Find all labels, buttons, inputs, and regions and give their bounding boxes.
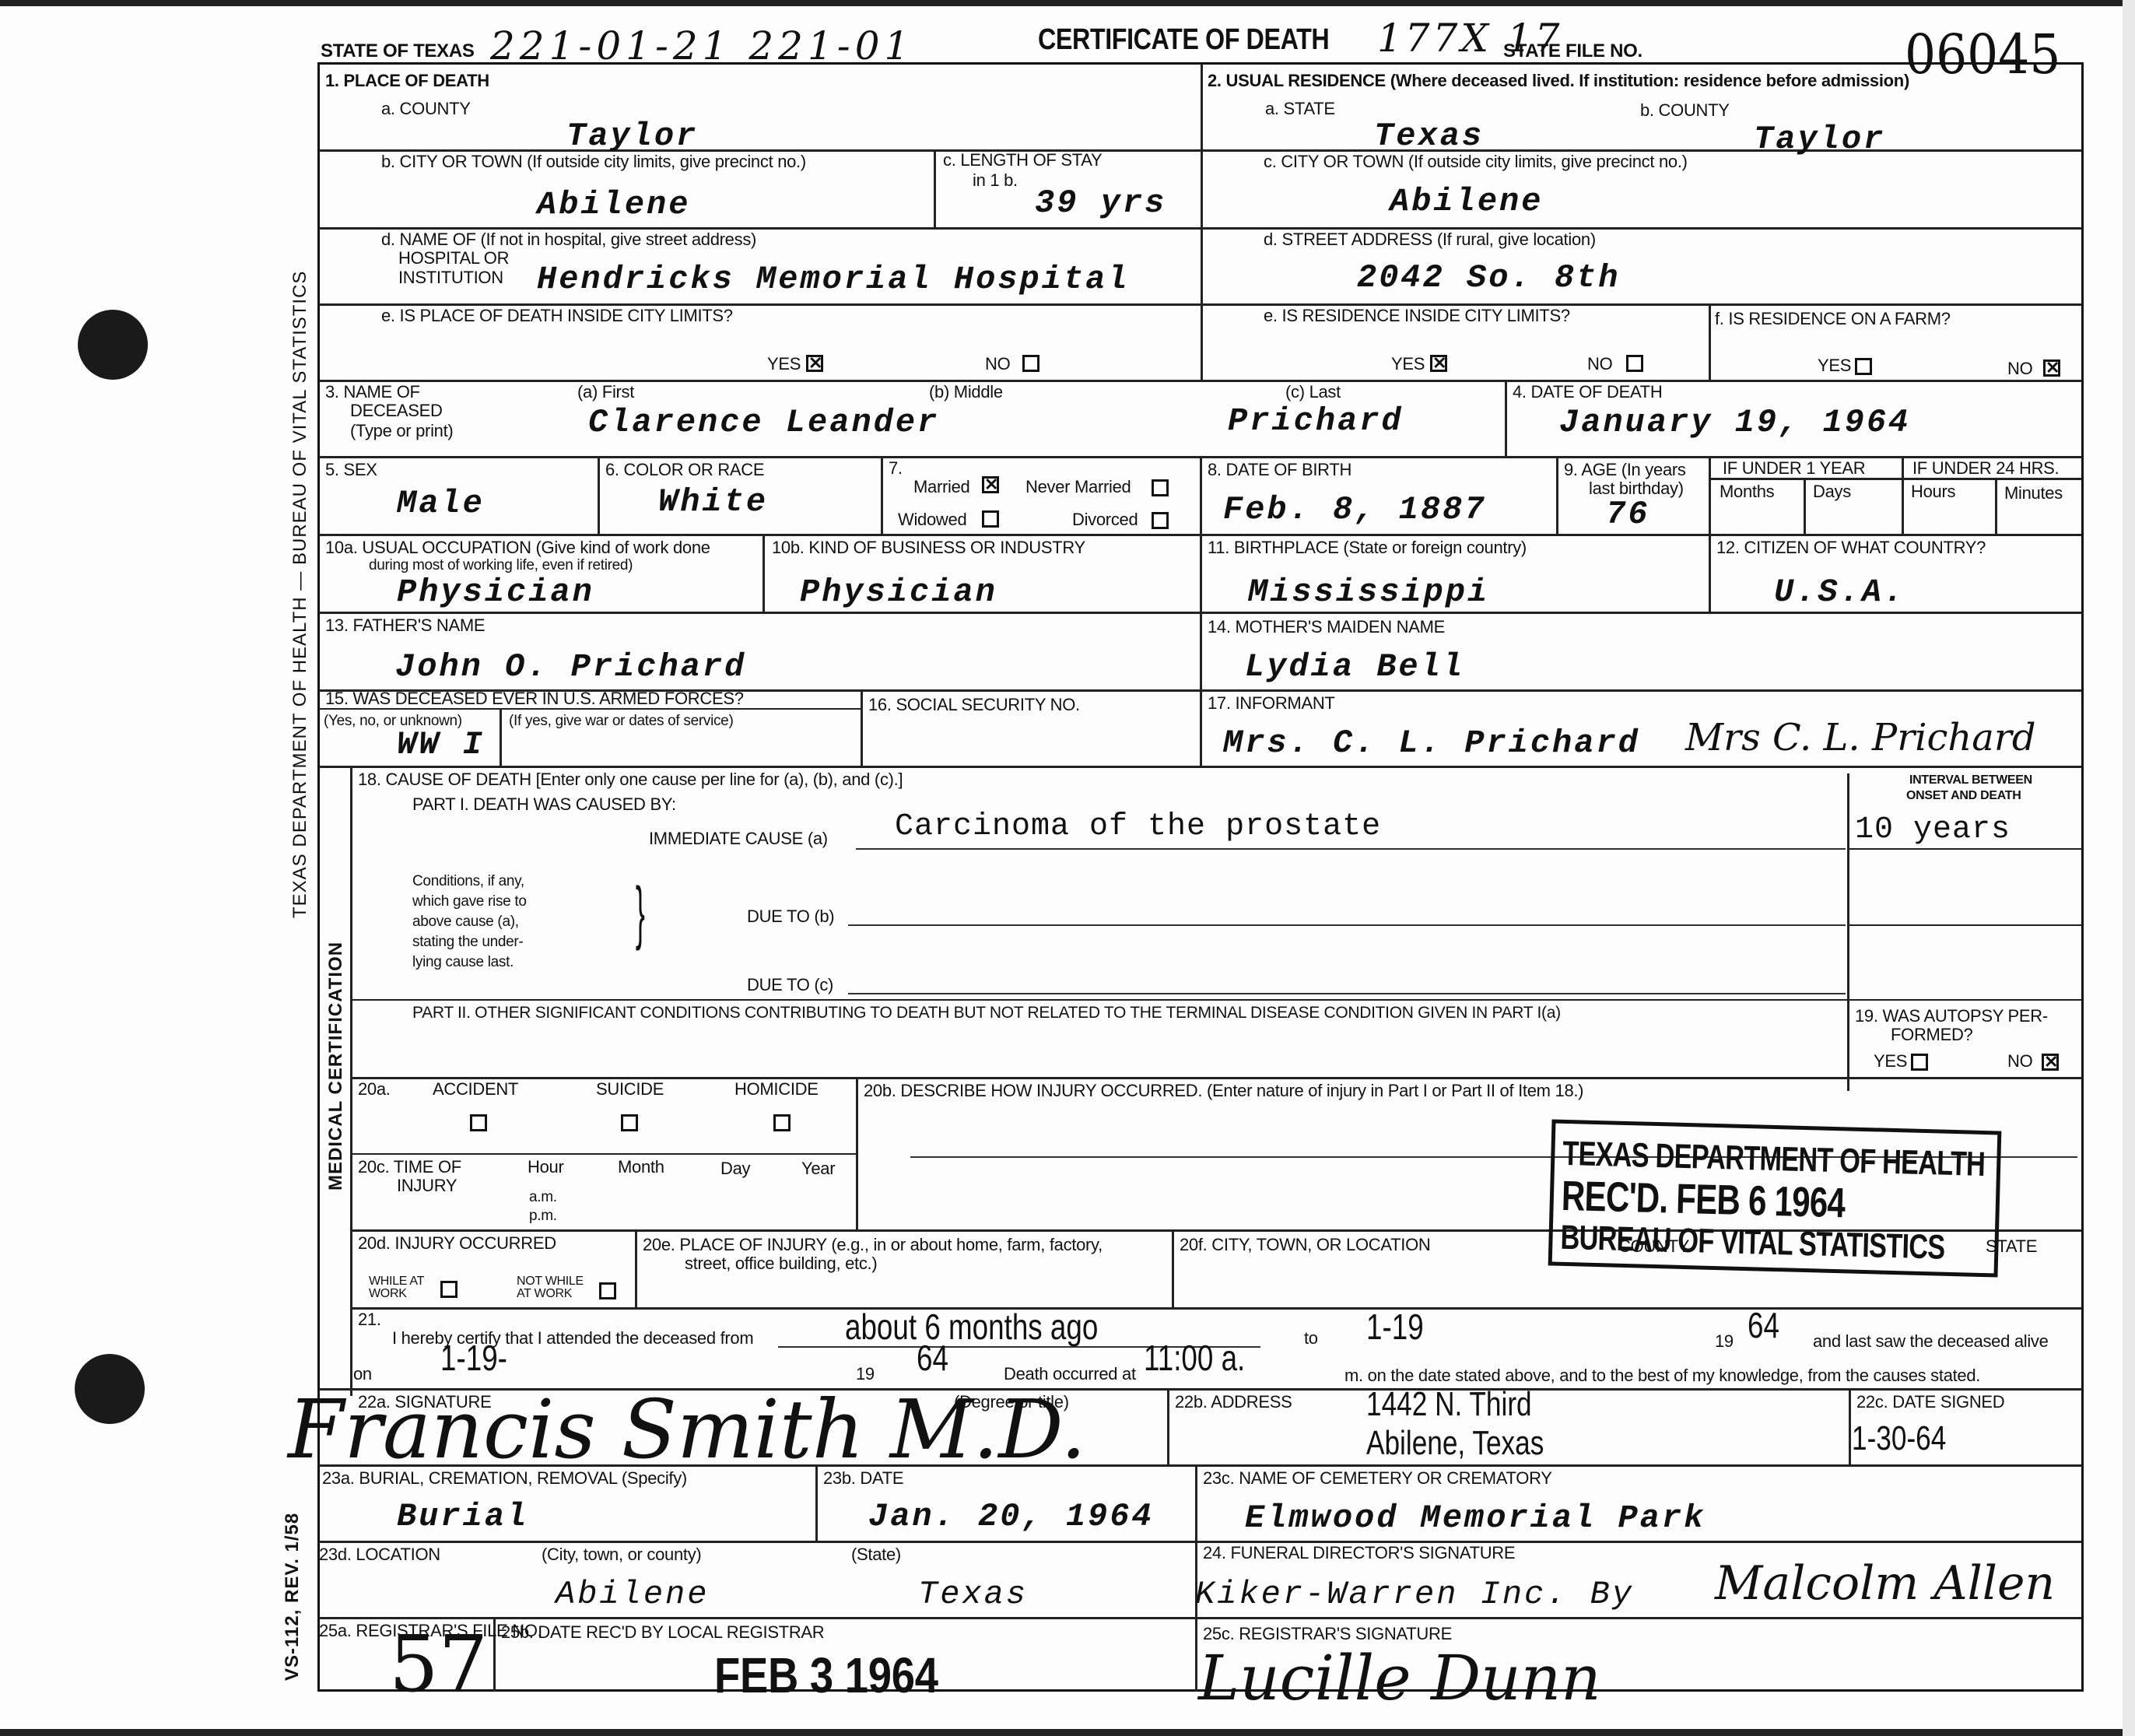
divorced-label: Divorced — [1072, 510, 1138, 529]
conditions-note-line: lying cause last. — [412, 954, 514, 970]
race-label: 6. COLOR OR RACE — [605, 461, 764, 479]
usual-residence-label: 2. USUAL RESIDENCE (Where deceased lived… — [1208, 72, 1909, 90]
local-registrar-date-stamp: FEB 3 1964 — [714, 1650, 938, 1701]
form-revision: VS-112, REV. 1/58 — [282, 1513, 303, 1681]
on-label: on — [353, 1365, 372, 1384]
hours-label: Hours — [1911, 482, 1955, 501]
conditions-note-line: which gave rise to — [412, 893, 527, 910]
location-city-value: Abilene — [556, 1576, 709, 1612]
accident-checkbox[interactable] — [470, 1114, 487, 1131]
last-name-label: (c) Last — [1285, 383, 1341, 402]
name-label-3: (Type or print) — [350, 422, 453, 440]
married-label: Married — [913, 478, 969, 496]
autopsy-yes-label: YES — [1874, 1052, 1907, 1071]
father-name-label: 13. FATHER'S NAME — [325, 616, 485, 635]
under-1-year-label: IF UNDER 1 YEAR — [1723, 459, 1865, 478]
punch-hole-icon — [75, 1354, 145, 1424]
death-inside-no-checkbox[interactable] — [1022, 355, 1039, 372]
burial-date-value: Jan. 20, 1964 — [868, 1499, 1154, 1534]
hospital-value: Hendricks Memorial Hospital — [537, 261, 1130, 297]
date-of-birth-label: 8. DATE OF BIRTH — [1208, 461, 1351, 479]
injury-occurred-label: 20d. INJURY OCCURRED — [358, 1234, 556, 1253]
part2-label: PART II. OTHER SIGNIFICANT CONDITIONS CO… — [412, 1004, 1561, 1022]
residence-street-value: 2042 So. 8th — [1357, 260, 1620, 296]
length-of-stay-value: 39 yrs — [1035, 185, 1166, 221]
divorced-checkbox[interactable] — [1152, 512, 1169, 529]
time-of-injury-label-2: INJURY — [397, 1177, 457, 1195]
while-at-work-checkbox[interactable] — [440, 1281, 457, 1298]
funeral-director-label: 24. FUNERAL DIRECTOR'S SIGNATURE — [1203, 1544, 1515, 1562]
immediate-cause-value: Carcinoma of the prostate — [895, 809, 1381, 845]
never-married-checkbox[interactable] — [1152, 479, 1169, 496]
residence-city-value: Abilene — [1390, 184, 1543, 219]
date-of-death-label: 4. DATE OF DEATH — [1513, 383, 1662, 402]
length-of-stay-label: c. LENGTH OF STAY — [943, 151, 1102, 170]
physician-address-line1: 1442 N. Third — [1366, 1387, 1532, 1422]
burial-date-label: 23b. DATE — [823, 1469, 903, 1488]
location-state-label: (State) — [851, 1545, 901, 1564]
name-label: 3. NAME OF — [325, 383, 420, 402]
last-seen-value: 1-19- — [440, 1340, 507, 1376]
conditions-note-line: stating the under- — [412, 934, 523, 950]
not-while-at-work-checkbox[interactable] — [599, 1282, 616, 1299]
form-title: CERTIFICATE OF DEATH — [1038, 23, 1329, 57]
year-prefix: 19 — [1715, 1332, 1734, 1351]
date-signed-value: 1-30-64 — [1852, 1421, 1946, 1457]
certification-number: 21. — [358, 1310, 381, 1329]
mother-name-label: 14. MOTHER'S MAIDEN NAME — [1208, 618, 1445, 637]
funeral-director-value: Kiker-Warren Inc. By — [1195, 1576, 1634, 1612]
birthplace-value: Mississippi — [1248, 574, 1489, 610]
name-label-2: DECEASED — [350, 402, 443, 420]
widowed-label: Widowed — [898, 510, 966, 529]
attended-from-value: about 6 months ago — [845, 1309, 1098, 1345]
farm-yes-checkbox[interactable] — [1855, 358, 1872, 375]
registrar-signature: Lucille Dunn — [1198, 1642, 1601, 1714]
farm-yes-label: YES — [1818, 356, 1851, 375]
marital-status-label: 7. — [889, 459, 903, 478]
birthplace-label: 11. BIRTHPLACE (State or foreign country… — [1208, 538, 1527, 557]
minutes-label: Minutes — [2004, 484, 2063, 503]
death-occurred-label: Death occurred at — [1004, 1365, 1136, 1384]
farm-no-checkbox[interactable] — [2043, 359, 2060, 377]
suicide-label: SUICIDE — [596, 1080, 664, 1099]
interval-label-2: ONSET AND DEATH — [1906, 789, 2021, 803]
under-24-hrs-label: IF UNDER 24 HRS. — [1912, 459, 2059, 478]
certification-text-2: and last saw the deceased alive — [1813, 1332, 2049, 1351]
received-stamp: TEXAS DEPARTMENT OF HEALTH REC'D. FEB 6 … — [1548, 1119, 2002, 1277]
address-label: 22b. ADDRESS — [1175, 1393, 1292, 1412]
occupation-label-2: during most of working life, even if ret… — [369, 557, 633, 573]
interval-value: 10 years — [1855, 812, 2011, 848]
due-to-c-label: DUE TO (c) — [747, 976, 833, 994]
location-label: 23d. LOCATION — [319, 1545, 440, 1564]
date-signed-label: 22c. DATE SIGNED — [1856, 1393, 2004, 1412]
death-inside-yes-checkbox[interactable] — [806, 355, 823, 372]
death-county-value: Taylor — [566, 118, 698, 154]
occupation-label: 10a. USUAL OCCUPATION (Give kind of work… — [325, 538, 710, 557]
local-registrar-date-label: 25b. DATE REC'D BY LOCAL REGISTRAR — [501, 1623, 824, 1642]
informant-label: 17. INFORMANT — [1208, 694, 1335, 713]
hour-label: Hour — [528, 1158, 564, 1177]
death-certificate-page: STATE OF TEXAS 221-01-21 221-01 CERTIFIC… — [0, 0, 2135, 1736]
business-value: Physician — [800, 574, 997, 610]
residence-inside-yes-label: YES — [1391, 355, 1425, 374]
age-label: 9. AGE (In years — [1564, 461, 1686, 479]
location-state-value: Texas — [918, 1576, 1028, 1612]
residence-county-value: Taylor — [1754, 121, 1885, 157]
autopsy-label-2: FORMED? — [1891, 1026, 1972, 1044]
month-label: Month — [618, 1158, 664, 1177]
registrar-signature-label: 25c. REGISTRAR'S SIGNATURE — [1203, 1625, 1452, 1643]
attended-to-year-value: 64 — [1748, 1307, 1779, 1343]
race-value: White — [658, 484, 768, 520]
hospital-label-3: INSTITUTION — [398, 268, 503, 287]
last-name-value: Prichard — [1228, 403, 1404, 439]
city-label: b. CITY OR TOWN (If outside city limits,… — [381, 153, 806, 171]
homicide-checkbox[interactable] — [773, 1114, 791, 1131]
immediate-cause-label: IMMEDIATE CAUSE (a) — [649, 829, 828, 848]
scan-edge-top — [0, 0, 2135, 6]
scan-edge-right — [2123, 0, 2135, 1736]
death-inside-yes-label: YES — [767, 355, 801, 374]
due-to-b-label: DUE TO (b) — [747, 907, 834, 926]
while-at-work-label-2: WORK — [369, 1287, 407, 1301]
state-label: STATE OF TEXAS — [321, 42, 475, 61]
registrar-file-number: 57 — [389, 1619, 488, 1710]
farm-no-label: NO — [2007, 359, 2032, 378]
day-label: Day — [720, 1159, 750, 1178]
suicide-checkbox[interactable] — [621, 1114, 638, 1131]
homicide-label: HOMICIDE — [734, 1080, 819, 1099]
armed-forces-value: WW I — [397, 727, 485, 763]
place-of-injury-label-2: street, office building, etc.) — [685, 1254, 877, 1273]
death-inside-limits-label: e. IS PLACE OF DEATH INSIDE CITY LIMITS? — [381, 307, 733, 325]
hospital-label-2: HOSPITAL OR — [398, 249, 509, 268]
middle-name-label: (b) Middle — [929, 383, 1003, 402]
autopsy-yes-checkbox[interactable] — [1911, 1054, 1928, 1071]
citizen-label: 12. CITIZEN OF WHAT COUNTRY? — [1716, 538, 1986, 557]
accident-label: ACCIDENT — [433, 1080, 518, 1099]
residence-street-label: d. STREET ADDRESS (If rural, give locati… — [1264, 230, 1596, 249]
punch-hole-icon — [78, 310, 148, 380]
place-of-death-label: 1. PLACE OF DEATH — [325, 72, 489, 90]
injury-20a-label: 20a. — [358, 1080, 391, 1099]
days-label: Days — [1813, 482, 1851, 501]
autopsy-label: 19. WAS AUTOPSY PER- — [1855, 1007, 2048, 1026]
brace-icon: } — [636, 878, 645, 948]
death-time-value: 11:00 a. — [1144, 1340, 1245, 1376]
pm-label: p.m. — [529, 1208, 557, 1224]
death-city-value: Abilene — [537, 187, 690, 223]
cemetery-label: 23c. NAME OF CEMETERY OR CREMATORY — [1203, 1469, 1552, 1488]
burial-label: 23a. BURIAL, CREMATION, REMOVAL (Specify… — [322, 1469, 687, 1488]
autopsy-no-label: NO — [2007, 1052, 2032, 1071]
autopsy-no-checkbox[interactable] — [2042, 1054, 2059, 1071]
residence-state-value: Texas — [1374, 118, 1484, 154]
date-of-birth-value: Feb. 8, 1887 — [1223, 492, 1486, 528]
side-text-department: TEXAS DEPARTMENT OF HEALTH — BUREAU OF V… — [289, 271, 311, 918]
residence-state-label: a. STATE — [1265, 100, 1335, 118]
farm-label: f. IS RESIDENCE ON A FARM? — [1715, 310, 1951, 328]
residence-inside-no-label: NO — [1587, 355, 1612, 374]
certification-text-3: m. on the date stated above, and to the … — [1344, 1366, 1980, 1385]
business-label: 10b. KIND OF BUSINESS OR INDUSTRY — [772, 538, 1085, 557]
county-label: a. COUNTY — [381, 100, 471, 118]
occupation-value: Physician — [397, 574, 594, 610]
describe-injury-label: 20b. DESCRIBE HOW INJURY OCCURRED. (Ente… — [864, 1082, 1583, 1100]
residence-inside-yes-checkbox[interactable] — [1430, 355, 1447, 372]
sex-value: Male — [397, 486, 485, 521]
residence-county-label: b. COUNTY — [1640, 101, 1730, 120]
physician-address-line2: Abilene, Texas — [1366, 1426, 1544, 1461]
scan-edge-bottom — [0, 1729, 2135, 1736]
informant-value: Mrs. C. L. Prichard — [1223, 725, 1640, 761]
date-of-death-value: January 19, 1964 — [1559, 405, 1910, 440]
armed-forces-label: 15. WAS DECEASED EVER IN U.S. ARMED FORC… — [325, 689, 744, 708]
time-of-injury-label: 20c. TIME OF — [358, 1158, 461, 1177]
physician-signature: Francis Smith M.D. — [288, 1382, 1086, 1477]
not-while-at-work-label-2: AT WORK — [517, 1287, 572, 1301]
ssn-label: 16. SOCIAL SECURITY NO. — [868, 696, 1080, 714]
cause-of-death-label: 18. CAUSE OF DEATH [Enter only one cause… — [358, 770, 903, 789]
length-of-stay-sub: in 1 b. — [973, 171, 1018, 190]
place-of-injury-label: 20e. PLACE OF INJURY (e.g., in or about … — [643, 1236, 1103, 1254]
armed-forces-war-label: (If yes, give war or dates of service) — [509, 713, 733, 729]
year-label: Year — [801, 1159, 835, 1178]
stamp-line-3: BUREAU OF VITAL STATISTICS — [1560, 1219, 1945, 1268]
months-label: Months — [1720, 482, 1774, 501]
residence-city-label: c. CITY OR TOWN (If outside city limits,… — [1264, 153, 1688, 171]
residence-inside-no-checkbox[interactable] — [1626, 355, 1643, 372]
citizen-value: U.S.A. — [1774, 574, 1905, 610]
widowed-checkbox[interactable] — [982, 510, 999, 528]
funeral-director-signature: Malcolm Allen — [1715, 1556, 2055, 1611]
to-label: to — [1304, 1329, 1318, 1348]
death-inside-no-label: NO — [985, 355, 1010, 374]
first-middle-name-value: Clarence Leander — [588, 405, 939, 440]
part1-label: PART I. DEATH WAS CAUSED BY: — [412, 795, 676, 814]
hospital-label: d. NAME OF (If not in hospital, give str… — [381, 230, 756, 249]
year-prefix-2: 19 — [856, 1365, 875, 1384]
mother-name-value: Lydia Bell — [1245, 649, 1464, 685]
last-seen-year-value: 64 — [917, 1340, 948, 1376]
interval-label: INTERVAL BETWEEN — [1909, 773, 2032, 787]
residence-inside-limits-label: e. IS RESIDENCE INSIDE CITY LIMITS? — [1264, 307, 1570, 325]
am-label: a.m. — [529, 1189, 557, 1205]
cemetery-value: Elmwood Memorial Park — [1245, 1500, 1706, 1536]
married-checkbox[interactable] — [982, 476, 999, 493]
informant-signature: Mrs C. L. Prichard — [1685, 716, 2036, 759]
never-married-label: Never Married — [1025, 478, 1131, 496]
state-file-label: STATE FILE NO. — [1503, 42, 1642, 61]
age-value: 76 — [1606, 496, 1649, 532]
location-city-label: (City, town, or county) — [542, 1545, 701, 1564]
father-name-value: John O. Prichard — [395, 649, 746, 685]
burial-value: Burial — [397, 1499, 528, 1534]
attended-to-value: 1-19 — [1366, 1309, 1424, 1345]
sex-label: 5. SEX — [325, 461, 377, 479]
conditions-note-line: Conditions, if any, — [412, 873, 524, 889]
conditions-note-line: above cause (a), — [412, 914, 519, 930]
injury-city-label: 20f. CITY, TOWN, OR LOCATION — [1180, 1236, 1430, 1254]
first-name-label: (a) First — [577, 383, 634, 402]
